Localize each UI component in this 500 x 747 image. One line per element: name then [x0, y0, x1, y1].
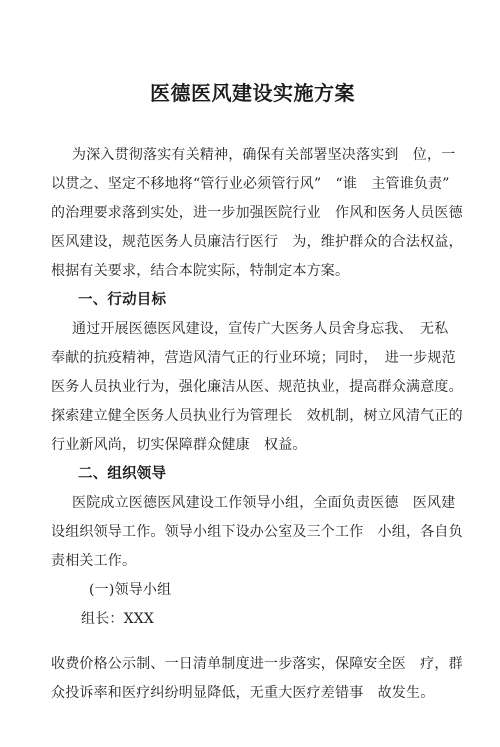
paragraph-line: 根据有关要求，结合本院实际，特制定本方案。	[51, 257, 455, 286]
paragraph-spacer	[51, 634, 455, 650]
paragraph-line: 行业新风尚，切实保障群众健康 权益。	[51, 431, 455, 460]
paragraph-line: 通过开展医德医风建设，宣传广大医务人员舍身忘我、 无私	[51, 315, 455, 344]
sub-heading: (一)领导小组	[51, 576, 455, 605]
document-title: 医德医风建设实施方案	[0, 76, 500, 110]
document-body: 为深入贯彻落实有关精神，确保有关部署坚决落实到 位，一以贯之、坚定不移地将“管行…	[51, 141, 455, 708]
section-heading: 二、组织领导	[51, 460, 455, 489]
document-page: 医德医风建设实施方案 为深入贯彻落实有关精神，确保有关部署坚决落实到 位，一以贯…	[0, 0, 500, 747]
paragraph-line: 为深入贯彻落实有关精神，确保有关部署坚决落实到 位，一	[51, 141, 455, 170]
paragraph-line: 组长：XXX	[51, 605, 455, 634]
paragraph-line: 医院成立医德医风建设工作领导小组，全面负责医德 医风建	[51, 489, 455, 518]
paragraph-line: 设组织领导工作。领导小组下设办公室及三个工作 小组，各自负	[51, 518, 455, 547]
paragraph-line: 责相关工作。	[51, 547, 455, 576]
paragraph-line: 奉献的抗疫精神，营造风清气正的行业环境；同时， 进一步规范	[51, 344, 455, 373]
paragraph-line: 医风建设，规范医务人员廉洁行医行 为，维护群众的合法权益，	[51, 228, 455, 257]
paragraph-line: 以贯之、坚定不移地将“管行业必须管行风” “谁 主管谁负责”	[51, 170, 455, 199]
paragraph-line: 探索建立健全医务人员执业行为管理长 效机制，树立风清气正的	[51, 402, 455, 431]
paragraph-line: 收费价格公示制、一日清单制度进一步落实，保障安全医 疗，群	[51, 650, 455, 679]
paragraph-line: 的治理要求落到实处，进一步加强医院行业 作风和医务人员医德	[51, 199, 455, 228]
paragraph-line: 众投诉率和医疗纠纷明显降低，无重大医疗差错事 故发生。	[51, 679, 455, 708]
section-heading: 一、行动目标	[51, 286, 455, 315]
paragraph-line: 医务人员执业行为，强化廉洁从医、规范执业，提高群众满意度。	[51, 373, 455, 402]
